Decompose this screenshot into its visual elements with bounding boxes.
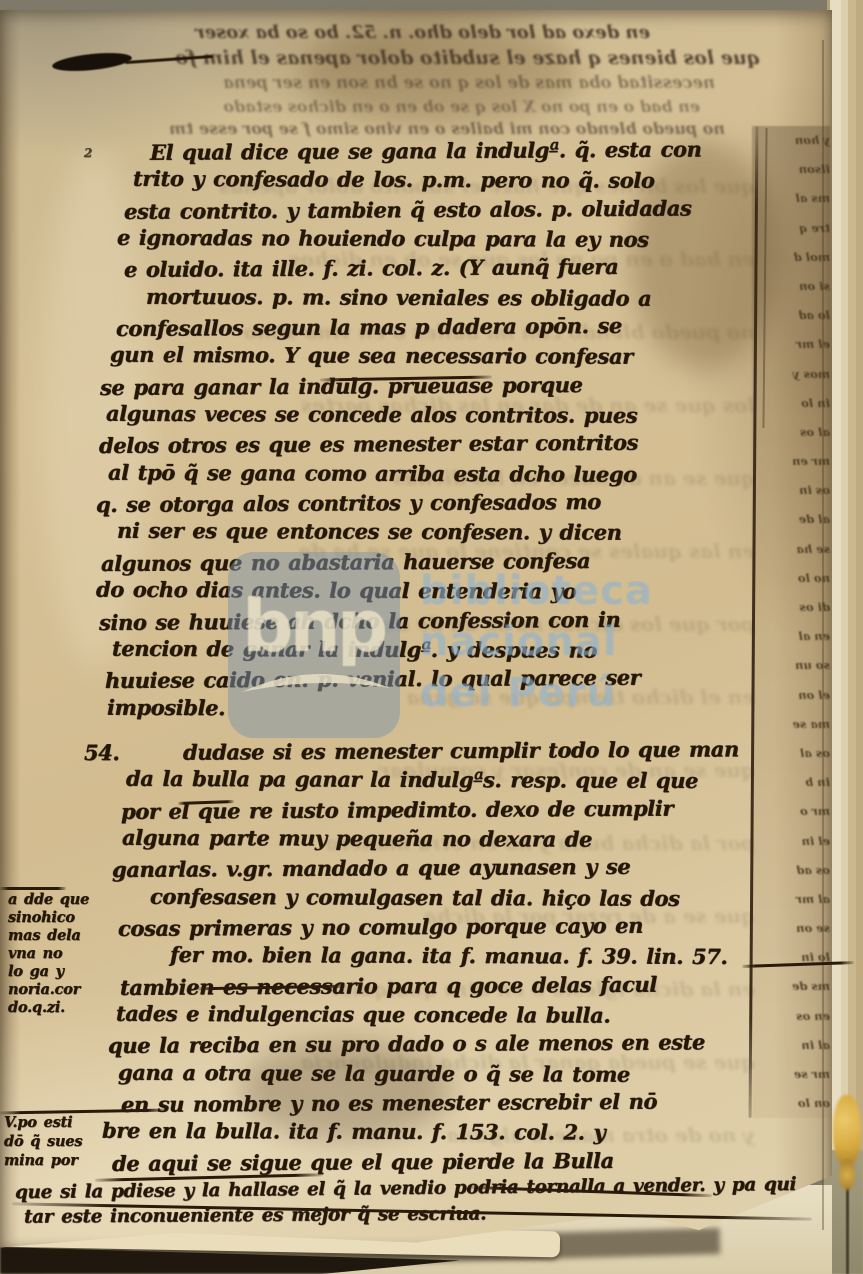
text-line: tades e indulgencias que concede la bull… xyxy=(116,999,760,1031)
text-line: fer mo. bien la gana. ita f. manua. f. 3… xyxy=(170,940,760,972)
text-line: cosas primeras y no comulgo porque cayo … xyxy=(118,910,760,943)
margin-rule xyxy=(0,887,66,890)
text-line: al tpō q̃ se gana como arriba esta dcho … xyxy=(108,458,760,490)
text-line: da la bulla pa ganar la indulgªs. resp. … xyxy=(126,764,760,796)
text-line: se para ganar la indulg. prueuase porque xyxy=(100,369,760,402)
text-line: ganarlas. v.gr. mandado a que ayunasen y… xyxy=(112,851,760,884)
text-line: tencion de ganar la indulgª. y despues n… xyxy=(112,634,760,666)
text-line: bre en la bulla. ita f. manu. f. 153. co… xyxy=(102,1116,760,1148)
folio-mark: 2 xyxy=(84,146,92,160)
bleed-line: en dexo ad lor delo dho. n. 52. bo so ba… xyxy=(150,22,650,43)
text-line: mortuuos. p. m. sino veniales es obligad… xyxy=(146,282,760,314)
text-line: e ignoradas no houiendo culpa para la ey… xyxy=(117,223,760,255)
amber-damage-spot xyxy=(839,1160,855,1190)
text-line: huuiese caido en. p. venial. lo qual par… xyxy=(105,662,760,695)
text-line: e oluido. ita ille. f. zi. col. z. (Y au… xyxy=(124,251,760,284)
text-line: dudase si es menester cumplir todo lo qu… xyxy=(183,734,760,767)
text-line: esta contrito. y tambien q̃ esto alos. p… xyxy=(124,193,760,226)
text-line: delos otros es que es menester estar con… xyxy=(99,427,760,460)
text-line: en su nombre y no es menester escrebir e… xyxy=(121,1086,760,1119)
text-line: algunas veces se concede alos contritos.… xyxy=(106,399,760,431)
text-line: que la reciba en su pro dado o s ale men… xyxy=(108,1027,760,1060)
bleed-line: necessitad oba mas de los q no se bn son… xyxy=(95,73,715,92)
text-line: trito y confesado de los. p.m. pero no q… xyxy=(133,164,760,196)
text-line: tambien es necessario para q goce delas … xyxy=(120,969,760,1002)
manuscript-scan: que los bienes que haze el subdito dolor… xyxy=(0,0,863,1274)
text-line: alguna parte muy pequeña no dexara de xyxy=(122,823,760,855)
text-line: gana a otra que se la guarde o q̃ se la … xyxy=(118,1058,760,1090)
text-line: confesasen y comulgasen tal dia. hiço la… xyxy=(150,882,760,914)
text-line: algunos que no abastaria hauerse confesa xyxy=(101,545,760,578)
text-line: sino se huuiese ah dcho la confession co… xyxy=(99,603,760,636)
margin-note-a: a dde quesinohico mas delavna no lo ga y… xyxy=(8,891,100,1017)
text-line: ni ser es que entonces se confesen. y di… xyxy=(117,516,760,548)
margin-note-b: V.po estidō q̃ sues mina por xyxy=(4,1113,114,1170)
text-line: imposible. xyxy=(107,692,760,724)
text-line: por el que re iusto impedimto. dexo de c… xyxy=(121,793,760,826)
amber-damage-spot xyxy=(833,1095,861,1167)
bleed-line: en bad o en po no X los q se ob en o en … xyxy=(100,97,700,116)
text-line: El qual dice que se gana la indulgª. q̃.… xyxy=(150,134,760,167)
page-edge-strip xyxy=(827,0,863,1274)
text-line: do ocho dias antes. lo qual entenderia y… xyxy=(96,575,760,607)
text-line: de aqui se sigue que el que pierde la Bu… xyxy=(112,1145,760,1178)
text-line: q. se otorga alos contritos y confesados… xyxy=(96,486,760,519)
page-edge-line xyxy=(822,40,824,1230)
text-line: gun el mismo. Y que sea necessario confe… xyxy=(110,340,760,372)
text-line: confesallos segun la mas p dadera opōn. … xyxy=(116,310,760,343)
paragraph-1: El qual dice que se gana la indulgª. q̃.… xyxy=(0,136,760,723)
